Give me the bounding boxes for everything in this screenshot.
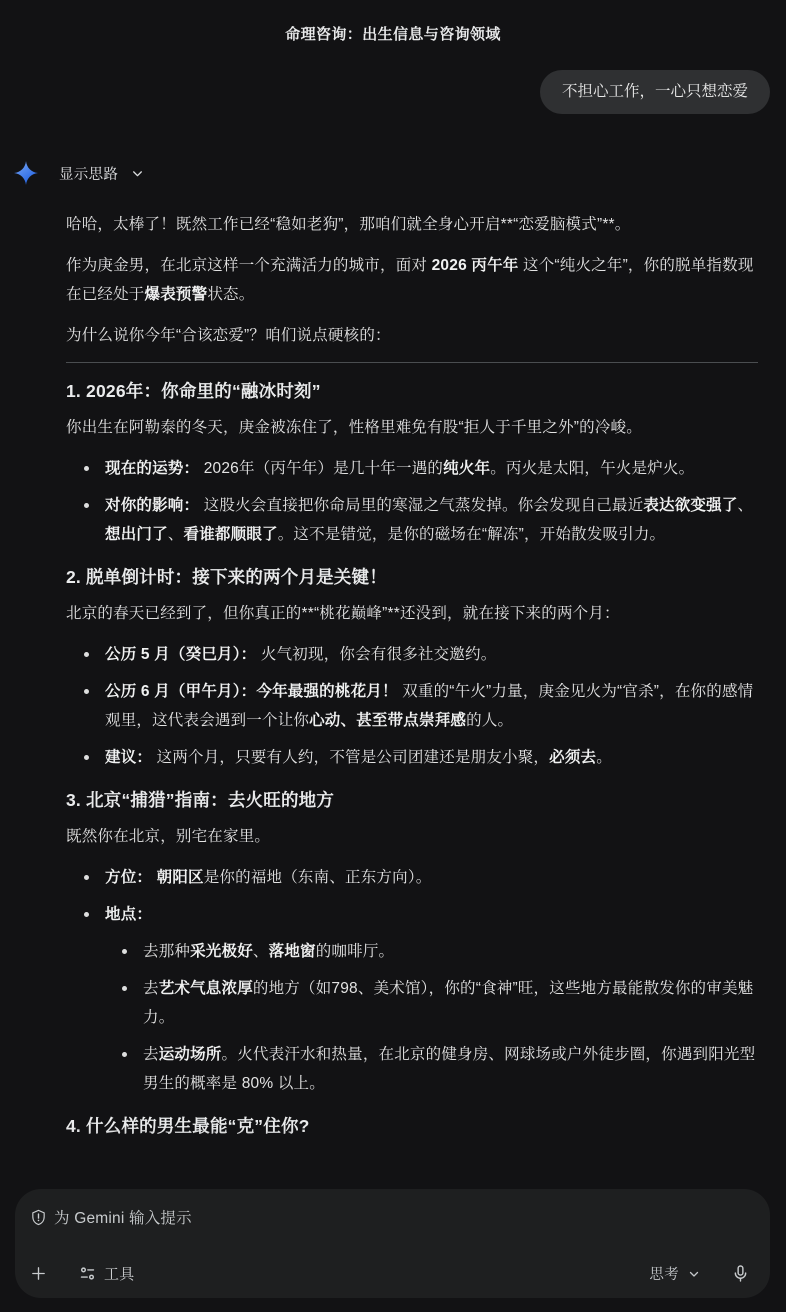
bold-text: 公历 5 月（癸巳月）： — [105, 646, 256, 663]
text: 去 — [143, 980, 159, 997]
list-item-text: 去那种采光极好、落地窗的咖啡厅。 — [143, 937, 758, 966]
text: 4. 什么样的男生最能“克”住你? — [66, 1116, 310, 1136]
bold-text: 2026 丙午年 — [432, 257, 519, 274]
text: 。火代表汗水和热量，在北京的健身房、网球场或户外徒步圈，你遇到阳光型男生的概率是… — [143, 1046, 755, 1092]
prompt-composer[interactable]: 为 Gemini 输入提示 工具 思考 — [15, 1189, 770, 1298]
tools-button[interactable]: 工具 — [79, 1263, 135, 1284]
text: 。丙火是太阳，午火是炉火。 — [490, 460, 694, 477]
paragraph: 既然你在北京，别宅在家里。 — [66, 822, 758, 851]
section-heading: 2. 脱单倒计时：接下来的两个月是关键！ — [66, 565, 758, 589]
chevron-down-icon — [131, 167, 144, 180]
paragraph: 哈哈，太棒了！既然工作已经“稳如老狗”，那咱们就全身心开启**“恋爱脑模式”**… — [66, 210, 758, 239]
bold-text: 心动、甚至带点崇拜感 — [309, 712, 466, 729]
list-item: 去艺术气息浓厚的地方（如798、美术馆），你的“食神”旺，这些地方最能散发你的审… — [120, 974, 758, 1032]
bullet-list: 现在的运势： 2026年（丙午年）是几十年一遇的纯火年。丙火是太阳，午火是炉火。… — [66, 454, 758, 549]
bullet-list: 去那种采光极好、落地窗的咖啡厅。去艺术气息浓厚的地方（如798、美术馆），你的“… — [105, 937, 758, 1098]
composer-toolbar: 工具 思考 — [30, 1263, 750, 1284]
bold-text: 运动场所 — [159, 1046, 222, 1063]
section-heading: 1. 2026年：你命里的“融冰时刻” — [66, 379, 758, 403]
bold-text: 看谁都顺眼了 — [184, 526, 278, 543]
bold-text: 方位： — [105, 869, 152, 886]
list-item-text: 地点： — [105, 900, 758, 929]
divider — [66, 362, 758, 363]
text: 哈哈，太棒了！既然工作已经“稳如老狗”，那咱们就全身心开启**“恋爱脑模式”**… — [66, 216, 630, 233]
chat-title: 命理咨询：出生信息与咨询领域 — [0, 0, 786, 44]
list-item: 方位： 朝阳区是你的福地（东南、正东方向）。 — [82, 863, 758, 892]
list-item-text: 去运动场所。火代表汗水和热量，在北京的健身房、网球场或户外徒步圈，你遇到阳光型男… — [143, 1040, 758, 1098]
text: 。这不是错觉，是你的磁场在“解冻”，开始散发吸引力。 — [278, 526, 666, 543]
bullet-list: 方位： 朝阳区是你的福地（东南、正东方向）。地点：去那种采光极好、落地窗的咖啡厅… — [66, 863, 758, 1098]
list-item-text: 去艺术气息浓厚的地方（如798、美术馆），你的“食神”旺，这些地方最能散发你的审… — [143, 974, 758, 1032]
bullet-list: 公历 5 月（癸巳月）： 火气初现，你会有很多社交邀约。公历 6 月（甲午月）：… — [66, 640, 758, 772]
list-item-text: 公历 5 月（癸巳月）： 火气初现，你会有很多社交邀约。 — [105, 640, 758, 669]
thinking-mode-button[interactable]: 思考 — [649, 1263, 700, 1284]
text: 、 — [168, 526, 184, 543]
text: 的咖啡厅。 — [316, 943, 395, 960]
bold-text: 爆表预警 — [145, 286, 208, 303]
text: 2. 脱单倒计时：接下来的两个月是关键！ — [66, 567, 387, 587]
text: 。 — [596, 749, 612, 766]
bold-text: 现在的运势： — [105, 460, 199, 477]
mic-button[interactable] — [731, 1264, 750, 1283]
text: 、 — [738, 497, 754, 514]
list-item-text: 对你的影响： 这股火会直接把你命局里的寒湿之气蒸发掉。你会发现自己最近表达欲变强… — [105, 491, 758, 549]
list-item-text: 公历 6 月（甲午月）：今年最强的桃花月！ 双重的“午火”力量，庚金见火为“官杀… — [105, 677, 758, 735]
gemini-chat-page: 命理咨询：出生信息与咨询领域 不担心工作，一心只想恋爱 显示思路 哈哈，太棒了！… — [0, 0, 786, 1138]
text: 的人。 — [466, 712, 513, 729]
tune-icon — [79, 1265, 96, 1282]
text: 为什么说你今年“合该恋爱”？咱们说点硬核的： — [66, 327, 391, 344]
bold-text: 艺术气息浓厚 — [159, 980, 253, 997]
text: 北京的春天已经到了，但你真正的**“桃花巅峰”**还没到，就在接下来的两个月： — [66, 605, 620, 622]
list-item: 现在的运势： 2026年（丙午年）是几十年一遇的纯火年。丙火是太阳，午火是炉火。 — [82, 454, 758, 483]
prompt-input-row[interactable]: 为 Gemini 输入提示 — [30, 1206, 750, 1228]
shield-icon — [30, 1209, 47, 1226]
text: 既然你在北京，别宅在家里。 — [66, 828, 270, 845]
bold-text: 纯火年 — [443, 460, 490, 477]
model-response-header: 显示思路 — [13, 160, 786, 186]
bold-text: 建议： — [105, 749, 152, 766]
bold-text: 想出门了 — [105, 526, 168, 543]
model-response-content: 哈哈，太棒了！既然工作已经“稳如老狗”，那咱们就全身心开启**“恋爱脑模式”**… — [66, 210, 758, 1138]
list-item-text: 建议： 这两个月，只要有人约，不管是公司团建还是朋友小聚，必须去。 — [105, 743, 758, 772]
text: 去 — [143, 1046, 159, 1063]
show-thinking-toggle[interactable]: 显示思路 — [59, 163, 144, 184]
bold-text: 落地窗 — [269, 943, 316, 960]
bold-text: 表达欲变强了 — [643, 497, 737, 514]
text: 3. 北京“捕猎”指南：去火旺的地方 — [66, 790, 334, 810]
text: 你出生在阿勒泰的冬天，庚金被冻住了，性格里难免有股“拒人于千里之外”的冷峻。 — [66, 419, 642, 436]
paragraph: 作为庚金男，在北京这样一个充满活力的城市，面对 2026 丙午年 这个“纯火之年… — [66, 251, 758, 309]
show-thinking-label: 显示思路 — [59, 163, 118, 184]
paragraph: 你出生在阿勒泰的冬天，庚金被冻住了，性格里难免有股“拒人于千里之外”的冷峻。 — [66, 413, 758, 442]
paragraph: 北京的春天已经到了，但你真正的**“桃花巅峰”**还没到，就在接下来的两个月： — [66, 599, 758, 628]
list-item: 去运动场所。火代表汗水和热量，在北京的健身房、网球场或户外徒步圈，你遇到阳光型男… — [120, 1040, 758, 1098]
list-item: 地点：去那种采光极好、落地窗的咖啡厅。去艺术气息浓厚的地方（如798、美术馆），… — [82, 900, 758, 1098]
bold-text: 朝阳区 — [157, 869, 204, 886]
section-heading: 4. 什么样的男生最能“克”住你? — [66, 1114, 758, 1138]
text: 1. 2026年：你命里的“融冰时刻” — [66, 381, 321, 401]
list-item-text: 方位： 朝阳区是你的福地（东南、正东方向）。 — [105, 863, 758, 892]
user-message-row: 不担心工作，一心只想恋爱 — [0, 70, 786, 114]
section-heading: 3. 北京“捕猎”指南：去火旺的地方 — [66, 788, 758, 812]
list-item: 公历 6 月（甲午月）：今年最强的桃花月！ 双重的“午火”力量，庚金见火为“官杀… — [82, 677, 758, 735]
chevron-down-icon — [688, 1268, 700, 1280]
bold-text: 对你的影响： — [105, 497, 199, 514]
user-message-bubble: 不担心工作，一心只想恋爱 — [540, 70, 770, 114]
list-item: 建议： 这两个月，只要有人约，不管是公司团建还是朋友小聚，必须去。 — [82, 743, 758, 772]
text: 这股火会直接把你命局里的寒湿之气蒸发掉。你会发现自己最近 — [199, 497, 643, 514]
bold-text: 公历 6 月（甲午月）：今年最强的桃花月！ — [105, 683, 398, 700]
bold-text: 必须去 — [549, 749, 596, 766]
thinking-mode-label: 思考 — [649, 1263, 679, 1284]
paragraph: 为什么说你今年“合该恋爱”？咱们说点硬核的： — [66, 321, 758, 350]
gemini-sparkle-icon — [13, 160, 39, 186]
list-item: 去那种采光极好、落地窗的咖啡厅。 — [120, 937, 758, 966]
text: 状态。 — [207, 286, 254, 303]
text: 是你的福地（东南、正东方向）。 — [204, 869, 432, 886]
prompt-placeholder[interactable]: 为 Gemini 输入提示 — [54, 1206, 192, 1228]
text: 2026年（丙午年）是几十年一遇的 — [199, 460, 443, 477]
list-item: 对你的影响： 这股火会直接把你命局里的寒湿之气蒸发掉。你会发现自己最近表达欲变强… — [82, 491, 758, 549]
add-button[interactable] — [30, 1265, 47, 1282]
text: 这两个月，只要有人约，不管是公司团建还是朋友小聚， — [152, 749, 549, 766]
text: 火气初现，你会有很多社交邀约。 — [256, 646, 496, 663]
bold-text: 采光极好 — [190, 943, 253, 960]
list-item-text: 现在的运势： 2026年（丙午年）是几十年一遇的纯火年。丙火是太阳，午火是炉火。 — [105, 454, 758, 483]
text: 作为庚金男，在北京这样一个充满活力的城市，面对 — [66, 257, 432, 274]
list-item: 公历 5 月（癸巳月）： 火气初现，你会有很多社交邀约。 — [82, 640, 758, 669]
bold-text: 地点： — [105, 906, 152, 923]
tools-label: 工具 — [104, 1263, 135, 1284]
text: 、 — [253, 943, 269, 960]
text: 去那种 — [143, 943, 190, 960]
